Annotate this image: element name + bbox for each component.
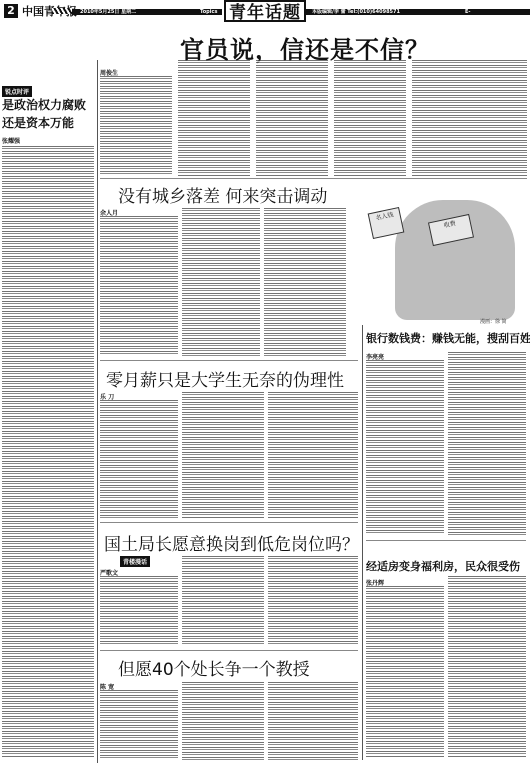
rural-body-col1 [100, 216, 178, 356]
decorative-hatch [52, 8, 72, 14]
divider [100, 178, 527, 179]
email-info: E-mail:hrypsz@yahoo.com.cn [465, 8, 530, 24]
sidebar-title-2: 还是资本万能 [2, 114, 74, 132]
land-body-col3 [268, 556, 358, 646]
editor-info: 本版编辑/李 蕾 Tel:(010)64098571 [312, 8, 400, 16]
professor-body-col2 [182, 682, 264, 760]
topic-label: Topics [200, 8, 217, 16]
land-body-col1 [100, 576, 178, 646]
lead-body-col2 [178, 60, 250, 176]
divider [100, 360, 358, 361]
salary-body-col2 [182, 392, 264, 518]
salary-headline: 零月薪只是大学生无奈的伪理性 [106, 366, 344, 391]
bank-headline: 银行数钱费：赚钱无能，搜刮百姓？ [366, 330, 530, 346]
housing-body-col2 [448, 576, 526, 758]
housing-body-col1 [366, 586, 444, 758]
section-title: 青年话题 [224, 0, 306, 22]
sidebar-body [2, 146, 94, 758]
lead-body-col3 [256, 60, 328, 176]
professor-body-col3 [268, 682, 358, 760]
land-headline: 国土局长愿意换岗到低危岗位吗？ [104, 530, 359, 555]
divider [100, 522, 358, 523]
divider [100, 650, 358, 651]
rural-headline: 没有城乡落差 何来突击调动 [118, 182, 327, 207]
professor-body-col1 [100, 690, 178, 760]
salary-body-col3 [268, 392, 358, 518]
issue-date: 2010年5月25日 星期二 [80, 8, 136, 16]
sidebar-byline: 张耀强 [2, 136, 20, 145]
professor-headline: 但愿40个处长争一个教授 [118, 655, 310, 680]
page-number: 2 [4, 4, 18, 18]
divider [366, 540, 526, 541]
land-body-col2 [182, 556, 264, 646]
bank-body-col1 [366, 360, 444, 535]
cartoon-credit: 漫画：徐 简 [480, 318, 507, 325]
rural-body-col3 [264, 208, 346, 356]
sidebar-title-1: 是政治权力腐败 [2, 96, 86, 114]
lead-body-col4 [334, 60, 406, 176]
housing-headline: 经适房变身福利房，民众很受伤 [366, 558, 520, 574]
land-tag: 青楼漫话 [120, 556, 150, 567]
lead-body-col1 [100, 76, 172, 176]
salary-body-col1 [100, 400, 178, 518]
rural-body-col2 [182, 208, 260, 356]
lead-body-col5 [412, 60, 527, 176]
bank-body-col2 [448, 352, 526, 535]
column-rule [362, 325, 363, 760]
column-rule [97, 60, 98, 763]
